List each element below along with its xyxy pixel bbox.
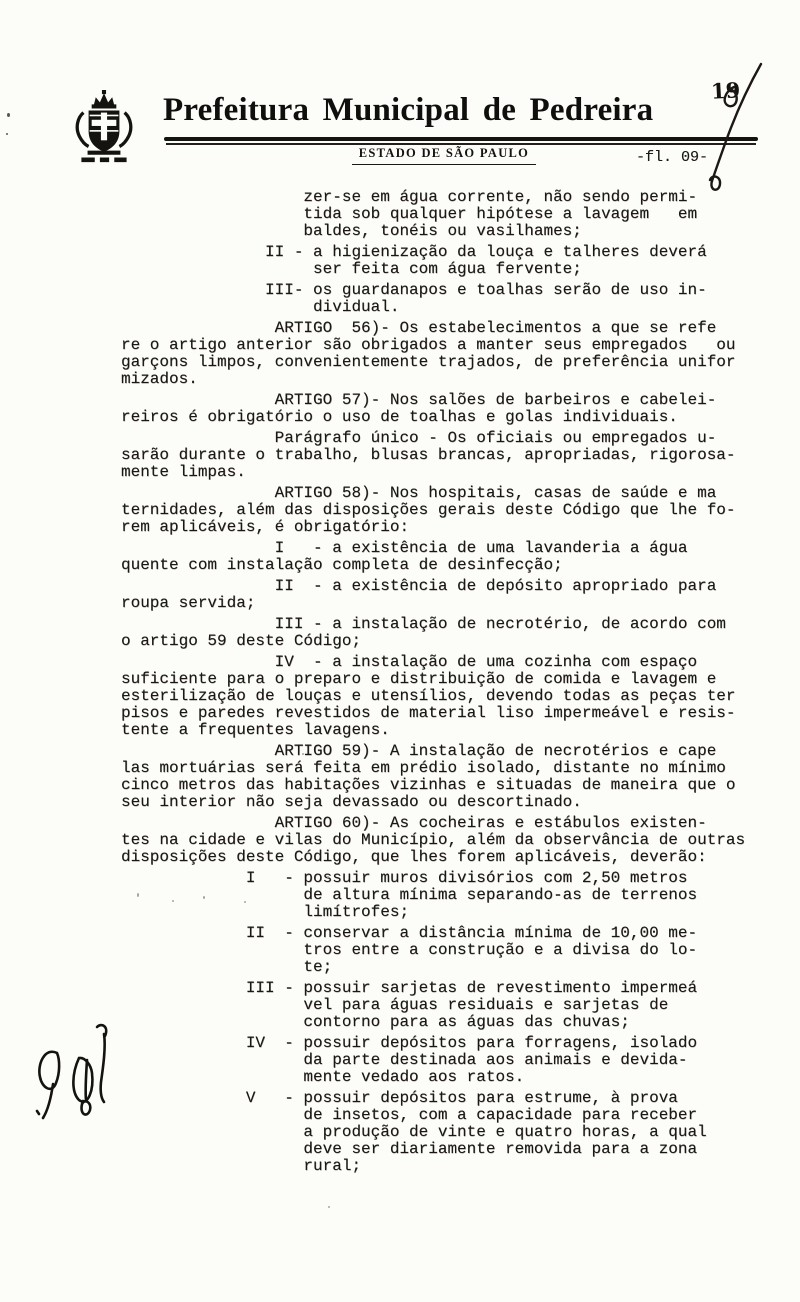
scan-speck [302, 753, 304, 755]
scan-speck [327, 876, 329, 878]
paragraph-artigo-58: ARTIGO 58)- Nos hospitais, casas de saúd… [121, 485, 781, 536]
scan-speck [137, 893, 139, 897]
municipal-coat-of-arms-icon [72, 90, 136, 166]
page-title: Prefeitura Municipal de Pedreira [163, 90, 723, 130]
artigo58-item-iv: IV - a instalação de uma cozinha com esp… [121, 654, 781, 739]
scan-speck [6, 133, 8, 135]
artigo60-item-iii: III - possuir sarjetas de revestimento i… [121, 980, 781, 1031]
paragraph-artigo-59: ARTIGO 59)- A instalação de necrotérios … [121, 743, 781, 811]
scan-speck [7, 113, 10, 117]
list-item-i-continuation: zer-se em água corrente, não sendo permi… [121, 189, 781, 240]
scan-speck [203, 896, 205, 899]
scan-speck [244, 901, 246, 903]
title-rule-thick [164, 137, 758, 141]
list-item-iii: III- os guardanapos e toalhas serão de u… [121, 282, 781, 316]
scan-speck [172, 900, 174, 902]
scan-speck [328, 1206, 330, 1208]
artigo60-item-i: I - possuir muros divisórios com 2,50 me… [121, 870, 781, 921]
artigo58-item-ii: II - a existência de depósito apropriado… [121, 578, 781, 612]
scanned-document-page: Prefeitura Municipal de Pedreira ESTADO … [0, 0, 800, 1302]
title-rule-thin [166, 143, 756, 145]
artigo60-item-iv: IV - possuir depósitos para forragens, i… [121, 1035, 781, 1086]
artigo60-item-v: V - possuir depósitos para estrume, à pr… [121, 1090, 781, 1175]
state-subtitle: ESTADO DE SÃO PAULO [352, 146, 536, 165]
document-body: zer-se em água corrente, não sendo permi… [121, 189, 781, 1179]
paragraph-paragrafo-unico: Parágrafo único - Os oficiais ou emprega… [121, 430, 781, 481]
artigo58-item-iii: III - a instalação de necrotério, de aco… [121, 616, 781, 650]
list-item-ii: II - a higienização da louça e talheres … [121, 244, 781, 278]
paragraph-artigo-57: ARTIGO 57)- Nos salões de barbeiros e ca… [121, 392, 781, 426]
paragraph-artigo-56: ARTIGO 56)- Os estabelecimentos a que se… [121, 320, 781, 388]
artigo60-item-ii: II - conservar a distância mínima de 10,… [121, 925, 781, 976]
pen-flourish-icon [684, 60, 766, 198]
paragraph-artigo-60: ARTIGO 60)- As cocheiras e estábulos exi… [121, 815, 781, 866]
handwritten-initials-icon [26, 1020, 128, 1148]
artigo58-item-i: I - a existência de uma lavanderia a águ… [121, 540, 781, 574]
